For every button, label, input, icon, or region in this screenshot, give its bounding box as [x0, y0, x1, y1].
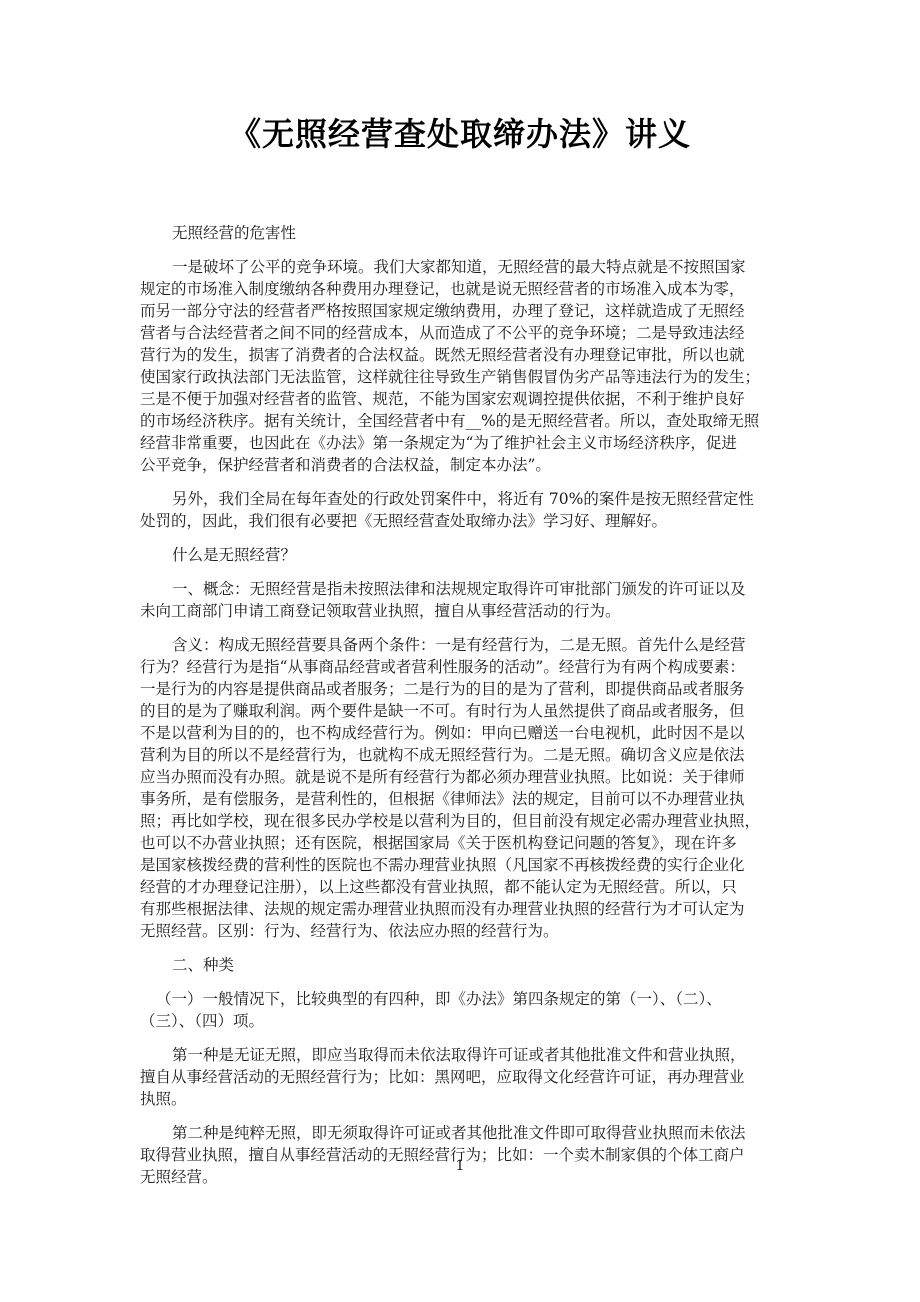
text-line: （三）、（四）项。 — [140, 1010, 790, 1032]
text-line: 什么是无照经营？ — [140, 544, 790, 566]
paragraph-types-general: （一）一般情况下，比较典型的有四种，即《办法》第四条规定的第（一）、（二）、 （… — [140, 988, 790, 1032]
text-line: 一是行为的内容是提供商品或者服务；二是行为的目的是为了营利，即提供商品或者服务 — [140, 678, 790, 700]
paragraph-concept: 一、概念：无照经营是指未按照法律和法规规定取得许可审批部门颁发的许可证以及 未向… — [140, 578, 790, 622]
text-line: 三是不便于加强对经营者的监管、规范，不能为国家宏观调控提供依据，不利于维护良好 — [140, 388, 790, 410]
page-number: 1 — [0, 1158, 920, 1174]
text-line: 规定的市场准入制度缴纳各种费用办理登记，也就是说无照经营者的市场准入成本为零， — [140, 278, 790, 300]
text-line: （一）一般情况下，比较典型的有四种，即《办法》第四条规定的第（一）、（二）、 — [140, 988, 790, 1010]
text-line: 是国家核拨经费的营利性的医院也不需办理营业执照（凡国家不再核拨经费的实行企业化 — [140, 854, 790, 876]
text-line: 使国家行政执法部门无法监管，这样就往往导致生产销售假冒伪劣产品等违法行为的发生； — [140, 366, 790, 388]
text-line: 二、种类 — [140, 954, 790, 976]
document-body: 无照经营的危害性 一是破坏了公平的竞争环境。我们大家都知道，无照经营的最大特点就… — [140, 222, 790, 1200]
paragraph-type-1: 第一种是无证无照，即应当取得而未依法取得许可证或者其他批准文件和营业执照， 擅自… — [140, 1044, 790, 1110]
text-line: 无照经营的危害性 — [140, 222, 790, 244]
text-line: 而另一部分守法的经营者严格按照国家规定缴纳费用，办理了登记，这样就造成了无照经 — [140, 300, 790, 322]
text-line: 的市场经济秩序。据有关统计，全国经营者中有__%的是无照经营者。所以，查处取缔无… — [140, 410, 790, 432]
text-line: 照；再比如学校，现在很多民办学校是以营利为目的，但目前没有规定必需办理营业执照， — [140, 810, 790, 832]
text-line: 未向工商部门申请工商登记领取营业执照，擅自从事经营活动的行为。 — [140, 600, 790, 622]
section-heading-what: 什么是无照经营？ — [140, 544, 790, 566]
text-line: 经营的才办理登记注册），以上这些都没有营业执照，都不能认定为无照经营。所以，只 — [140, 876, 790, 898]
section-heading-harm: 无照经营的危害性 — [140, 222, 790, 244]
document-title: 《无照经营查处取缔办法》讲义 — [0, 112, 920, 156]
text-line: 一、概念：无照经营是指未按照法律和法规规定取得许可审批部门颁发的许可证以及 — [140, 578, 790, 600]
text-line: 无照经营。区别：行为、经营行为、依法应办照的经营行为。 — [140, 920, 790, 942]
text-line: 的目的是为了赚取利润。两个要件是缺一不可。有时行为人虽然提供了商品或者服务，但 — [140, 700, 790, 722]
paragraph-cases: 另外，我们全局在每年查处的行政处罚案件中，将近有 70%的案件是按无照经营定性 … — [140, 488, 790, 532]
text-line: 不是以营利为目的的，也不构成经营行为。例如：甲向已赠送一台电视机，此时因不是以 — [140, 722, 790, 744]
text-line: 事务所，是有偿服务，是营利性的，但根据《律师法》法的规定，目前可以不办理营业执 — [140, 788, 790, 810]
text-line: 经营非常重要，也因此在《办法》第一条规定为“为了维护社会主义市场经济秩序，促进 — [140, 432, 790, 454]
text-line: 处罚的，因此，我们很有必要把《无照经营查处取缔办法》学习好、理解好。 — [140, 510, 790, 532]
text-line: 含义：构成无照经营要具备两个条件：一是有经营行为，二是无照。首先什么是经营 — [140, 634, 790, 656]
section-heading-types: 二、种类 — [140, 954, 790, 976]
document-page: 《无照经营查处取缔办法》讲义 无照经营的危害性 一是破坏了公平的竞争环境。我们大… — [0, 0, 920, 1302]
text-line: 营利为目的所以不是经营行为，也就构不成无照经营行为。二是无照。确切含义应是依法 — [140, 744, 790, 766]
text-line: 营行为的发生，损害了消费者的合法权益。既然无照经营者没有办理登记审批，所以也就 — [140, 344, 790, 366]
paragraph-harm: 一是破坏了公平的竞争环境。我们大家都知道，无照经营的最大特点就是不按照国家 规定… — [140, 256, 790, 476]
text-line: 擅自从事经营活动的无照经营行为；比如：黑网吧，应取得文化经营许可证，再办理营业 — [140, 1066, 790, 1088]
text-line: 也可以不办营业执照；还有医院，根据国家局《关于医机构登记问题的答复》，现在许多 — [140, 832, 790, 854]
paragraph-meaning: 含义：构成无照经营要具备两个条件：一是有经营行为，二是无照。首先什么是经营 行为… — [140, 634, 790, 942]
text-line: 另外，我们全局在每年查处的行政处罚案件中，将近有 70%的案件是按无照经营定性 — [140, 488, 790, 510]
text-line: 应当办照而没有办照。就是说不是所有经营行为都必须办理营业执照。比如说：关于律师 — [140, 766, 790, 788]
text-line: 执照。 — [140, 1088, 790, 1110]
paragraph-type-2: 第二种是纯粹无照，即无须取得许可证或者其他批准文件即可取得营业执照而未依法 取得… — [140, 1122, 790, 1188]
text-line: 营者与合法经营者之间不同的经营成本，从而造成了不公平的竞争环境；二是导致违法经 — [140, 322, 790, 344]
text-line: 行为？经营行为是指“从事商品经营或者营利性服务的活动”。经营行为有两个构成要素： — [140, 656, 790, 678]
text-line: 有那些根据法律、法规的规定需办理营业执照而没有办理营业执照的经营行为才可认定为 — [140, 898, 790, 920]
text-line: 第一种是无证无照，即应当取得而未依法取得许可证或者其他批准文件和营业执照， — [140, 1044, 790, 1066]
text-line: 公平竞争，保护经营者和消费者的合法权益，制定本办法”。 — [140, 454, 790, 476]
text-line: 第二种是纯粹无照，即无须取得许可证或者其他批准文件即可取得营业执照而未依法 — [140, 1122, 790, 1144]
text-line: 一是破坏了公平的竞争环境。我们大家都知道，无照经营的最大特点就是不按照国家 — [140, 256, 790, 278]
